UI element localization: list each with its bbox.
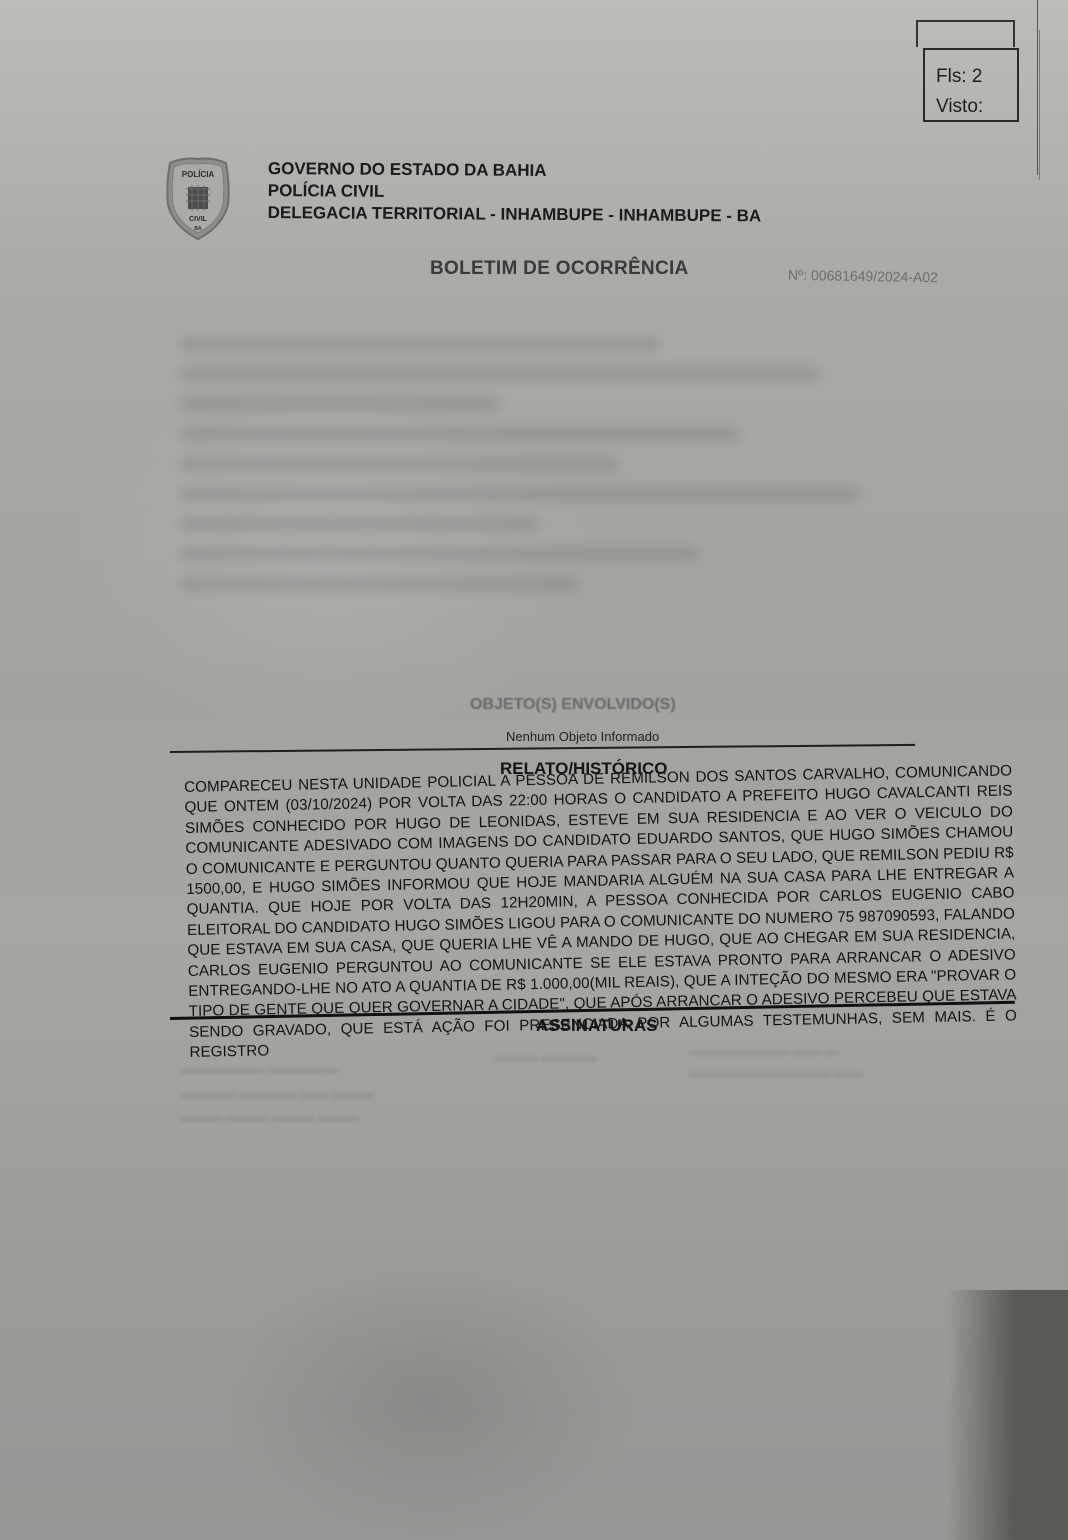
redacted-signature-block: ▬▬▬▬ ▬▬▬▬ ▬▬ ▬▬▬ (180, 1085, 374, 1101)
svg-text:CIVIL: CIVIL (189, 216, 208, 223)
svg-text:POLÍCIA: POLÍCIA (182, 170, 215, 179)
redacted-signature-block: ▬▬▬▬▬▬▬▬▬▬ ▬▬ (690, 1064, 862, 1080)
redacted-signature-block: ▬▬▬ ▬▬▬▬ (495, 1048, 597, 1064)
underlying-page-stamp (916, 20, 1015, 47)
redacted-section (180, 320, 980, 680)
objects-section-title: OBJETO(S) ENVOLVIDO(S) (470, 696, 676, 714)
redacted-signature-block: ▬▬▬ ▬▬▬ ▬▬▬ ▬▬▬ (180, 1108, 360, 1124)
signatures-section-title: ASSINATURAS (536, 1016, 658, 1036)
svg-text:BA: BA (194, 226, 202, 232)
page-edge-secondary (1039, 30, 1040, 180)
objects-value: Nenhum Objeto Informado (506, 729, 659, 744)
institution-header: GOVERNO DO ESTADO DA BAHIA POLÍCIA CIVIL… (268, 158, 762, 227)
visto-label: Visto: (936, 92, 1017, 122)
police-station: DELEGACIA TERRITORIAL - INHAMBUPE - INHA… (268, 202, 762, 227)
folhas-label: Fls: 2 (936, 62, 1017, 92)
police-badge-icon: POLÍCIA CIVIL BA (164, 155, 232, 241)
document-title: BOLETIM DE OCORRÊNCIA (430, 258, 689, 280)
document-number: Nº: 00681649/2024-A02 (788, 267, 938, 286)
page-edge (1037, 0, 1038, 175)
redacted-signature-block: ▬▬▬▬▬▬ ▬▬▬▬▬ (180, 1060, 338, 1076)
redacted-signature-block: ▬▬▬▬▬▬▬ ▬▬ ▬ (690, 1042, 838, 1058)
page-stamp-box: Fls: 2 Visto: (923, 48, 1019, 122)
page-shadow (948, 1290, 1068, 1540)
